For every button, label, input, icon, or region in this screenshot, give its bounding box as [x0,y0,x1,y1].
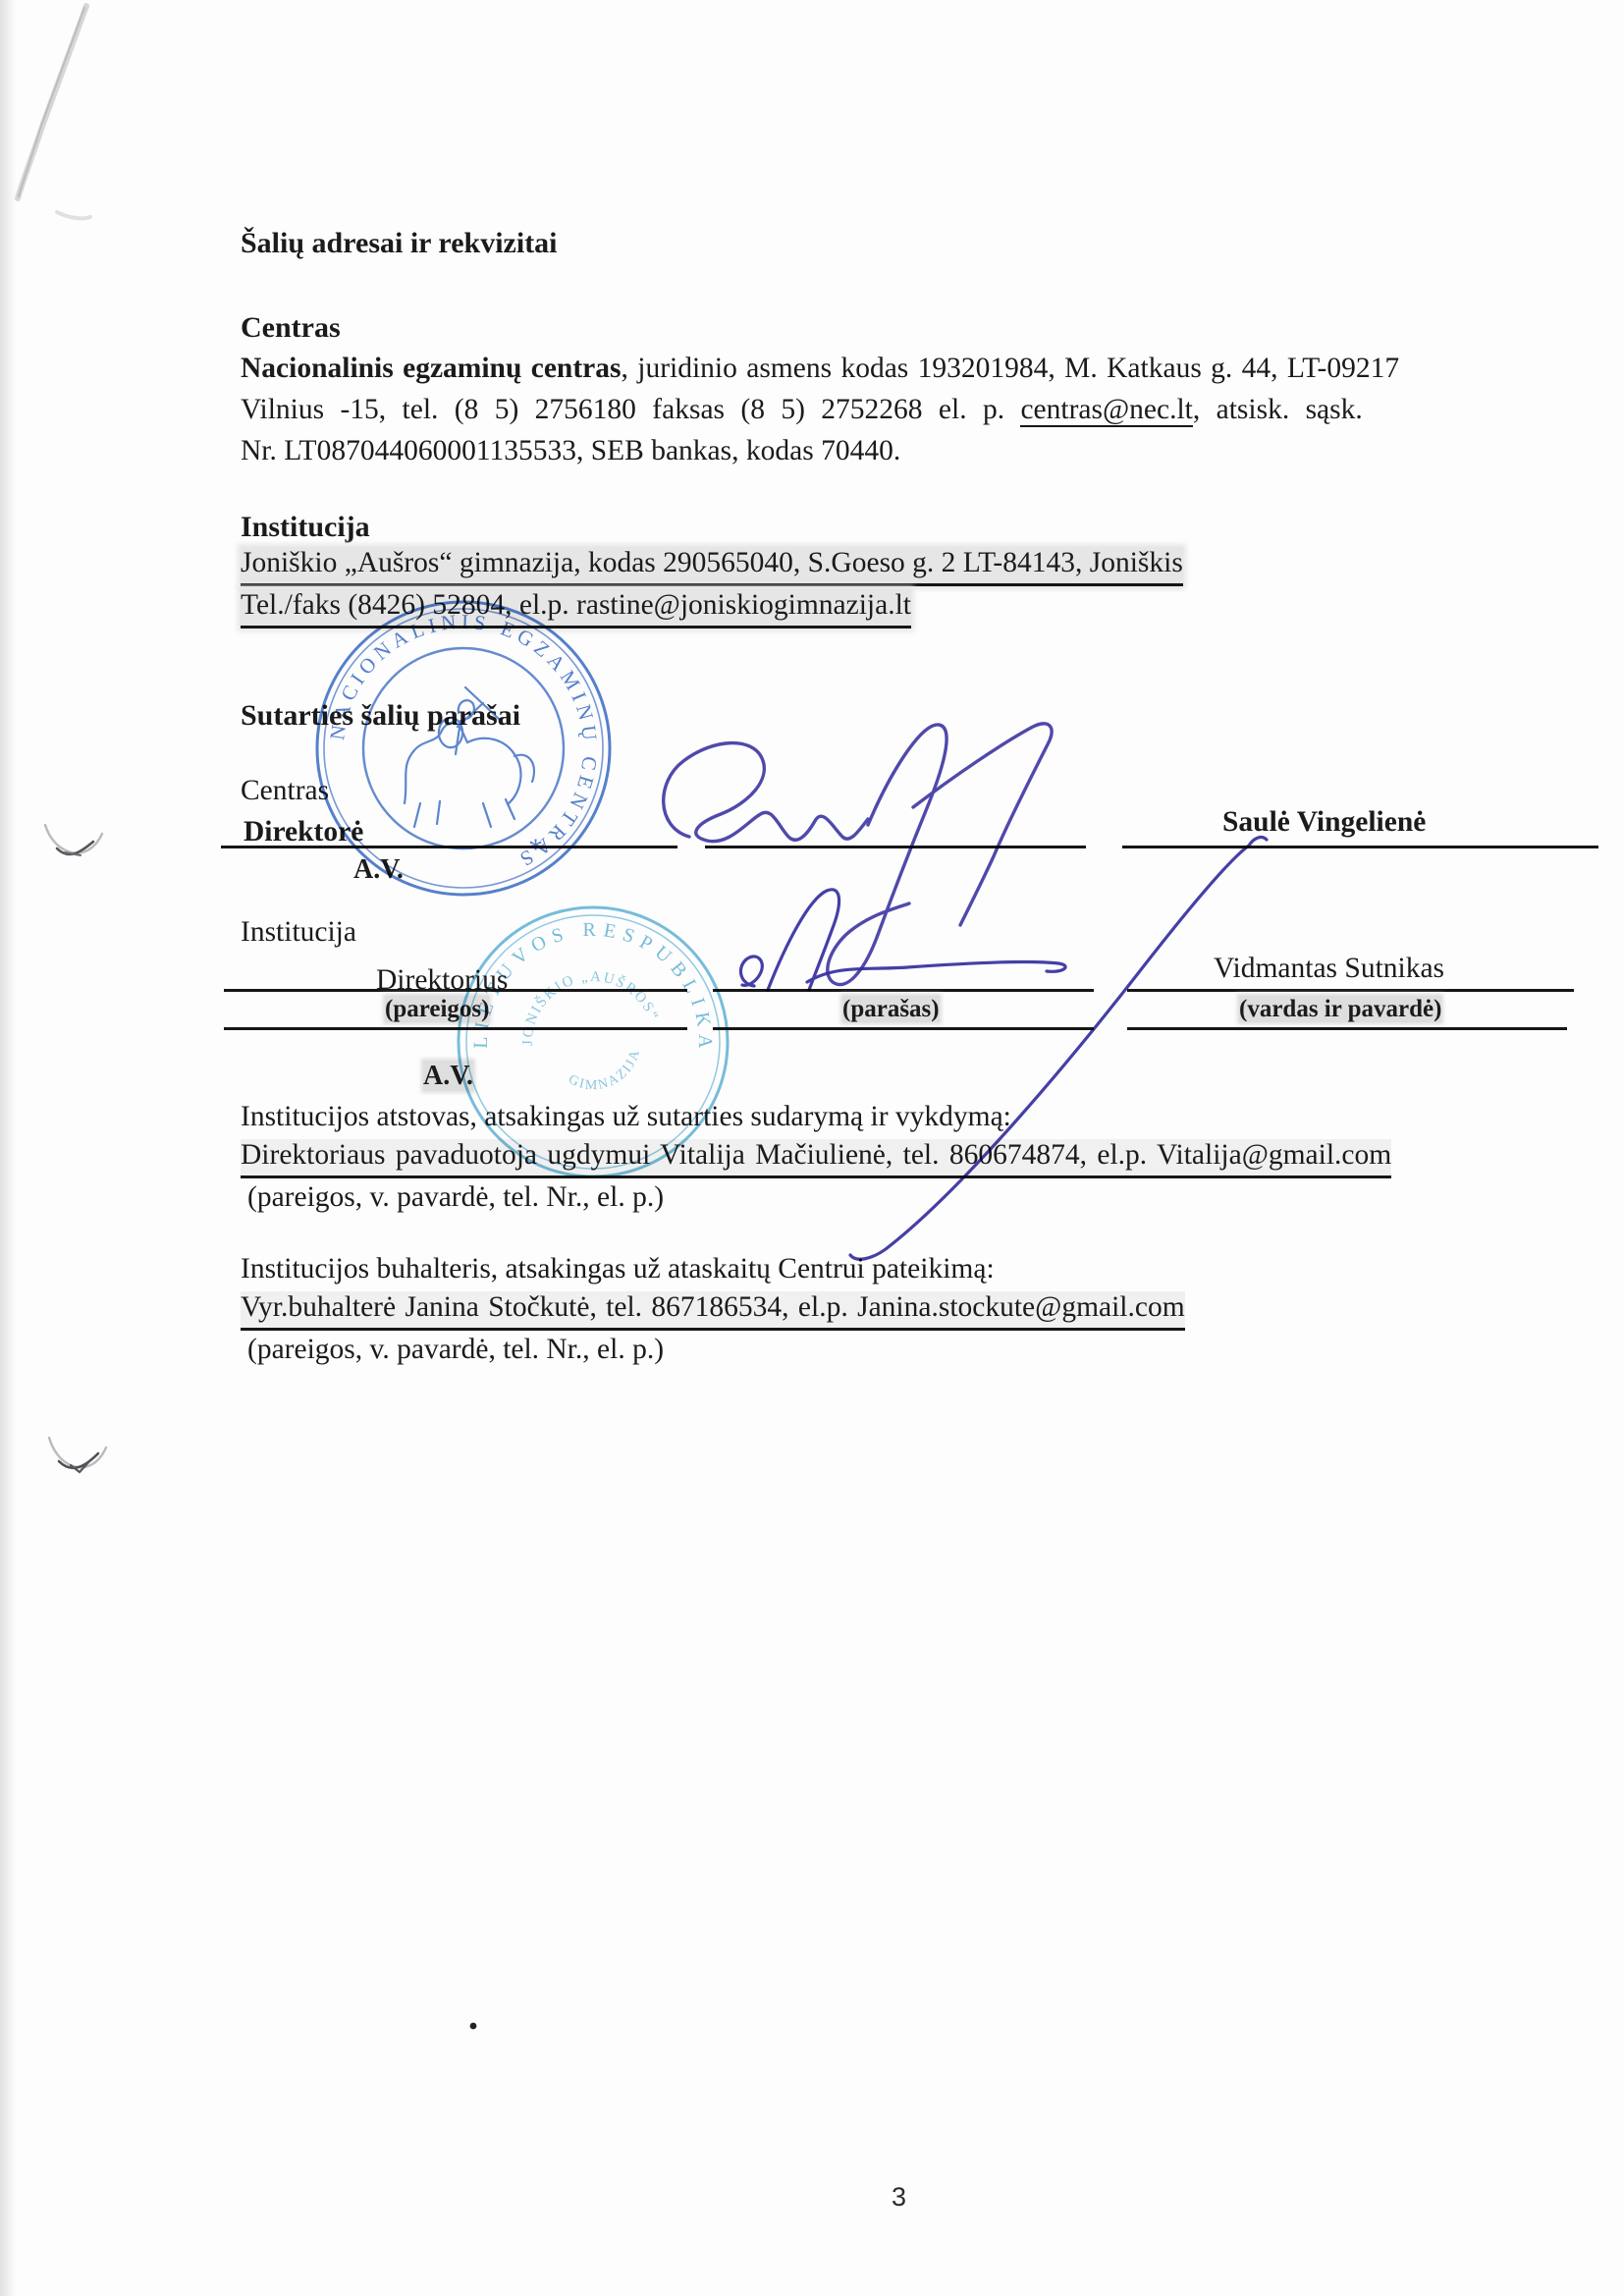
scan-edge-shadow [0,0,16,2296]
nec-stamp-star: * [528,833,543,865]
section-centras-heading: Centras [241,311,341,346]
parasai-av1: A.V. [353,854,404,886]
centras-line2-post: , atsisk. sąsk. [1193,394,1363,425]
institucija-director-signature [740,838,1267,1260]
school-stamp-inner-top-text: JONIŠKIO „AUŠROS“ [504,950,662,1063]
signature-line-sign-2 [713,989,1094,992]
nec-stamp-ring-text: NACIONALINIS EGZAMINŲ CENTRAS [325,610,602,874]
svg-text:LIETUVOS RESPUBLIKA: LIETUVOS RESPUBLIKA [454,902,726,1127]
signature-line-name-3 [1127,1027,1567,1030]
document-title: Šalių adresai ir rekvizitai [241,227,558,261]
parasai-centras-label: Centras [241,775,329,808]
centras-name: Nacionalinis egzaminų centras [241,353,622,384]
svg-text:NACIONALINIS EGZAMINŲ CENTRAS: NACIONALINIS EGZAMINŲ CENTRAS [325,610,602,874]
atstovas-detail-text: Direktoriaus pavaduotoja ugdymui Vitalij… [241,1139,1391,1178]
school-stamp-ring-text: LIETUVOS RESPUBLIKA [454,902,726,1127]
parasai-institucija-label: Institucija [241,916,356,950]
institucija-line2-text: Tel./faks (8426) 52804, el.p. rastine@jo… [241,589,911,629]
centras-details-line2: Vilnius -15, tel. (8 5) 2756180 faksas (… [241,394,1363,427]
atstovas-note: (pareigos, v. pavardė, tel. Nr., el. p.) [247,1181,664,1215]
parasai-centras-role: Direktorė [243,816,363,849]
signature-line-sign-3 [713,1027,1094,1030]
institucija-line1-text: Joniškio „Aušros“ gimnazija, kodas 29056… [241,547,1183,586]
centras-details-line1: Nacionalinis egzaminų centras, juridinio… [241,353,1399,386]
signature-line-name-1 [1122,846,1598,848]
parasai-centras-name: Saulė Vingelienė [1222,806,1426,840]
centras-line1-rest: , juridinio asmens kodas 193201984, M. K… [622,353,1400,384]
margin-pen-mark-1 [45,825,102,855]
stray-ink-dot [470,2023,477,2030]
section-institucija-heading: Institucija [241,511,370,545]
atstovas-detail: Direktoriaus pavaduotoja ugdymui Vitalij… [241,1139,1391,1173]
parasai-institucija-name: Vidmantas Sutnikas [1214,953,1444,986]
institucija-details-line2: Tel./faks (8426) 52804, el.p. rastine@jo… [241,589,911,623]
scanned-document-page: Šalių adresai ir rekvizitai Centras Naci… [0,0,1623,2296]
centras-details-line3: Nr. LT087044060001135533, SEB bankas, ko… [241,435,900,468]
signature-line-sign-1 [705,846,1086,848]
school-stamp-inner-bottom-text: GIMNAZIJA [561,1043,652,1103]
parasai-institucija-role: Direktorius [376,964,508,998]
atstovas-intro: Institucijos atstovas, atsakingas už sut… [241,1101,1011,1134]
signature-line-role-3 [224,1027,687,1030]
centras-email-link: centras@nec.lt [1020,394,1192,427]
svg-text:GIMNAZIJA: GIMNAZIJA [561,1043,652,1103]
buhalteris-intro: Institucijos buhalteris, atsakingas už a… [241,1253,995,1286]
caption-pareigos: (pareigos) [385,996,489,1023]
centras-line2-pre: Vilnius -15, tel. (8 5) 2756180 faksas (… [241,394,1020,425]
parasai-av2: A.V. [423,1061,473,1092]
margin-pen-mark-2 [49,1438,106,1472]
signature-line-name-2 [1127,989,1574,992]
svg-text:JONIŠKIO „AUŠROS“: JONIŠKIO „AUŠROS“ [504,950,662,1063]
paper-crease-mark [18,6,90,218]
signature-line-role-2 [224,989,687,992]
buhalteris-detail: Vyr.buhalterė Janina Stočkutė, tel. 8671… [241,1291,1185,1325]
buhalteris-detail-text: Vyr.buhalterė Janina Stočkutė, tel. 8671… [241,1291,1185,1331]
centras-director-signature [664,724,1052,985]
caption-vardas-pavarde: (vardas ir pavardė) [1239,996,1441,1023]
buhalteris-note: (pareigos, v. pavardė, tel. Nr., el. p.) [247,1334,664,1367]
institucija-details-line1: Joniškio „Aušros“ gimnazija, kodas 29056… [241,547,1183,580]
section-parasai-heading: Sutarties šalių parašai [241,699,520,734]
page-number: 3 [892,2182,906,2213]
signature-line-role-1 [221,846,677,848]
caption-parasas: (parašas) [842,996,940,1023]
